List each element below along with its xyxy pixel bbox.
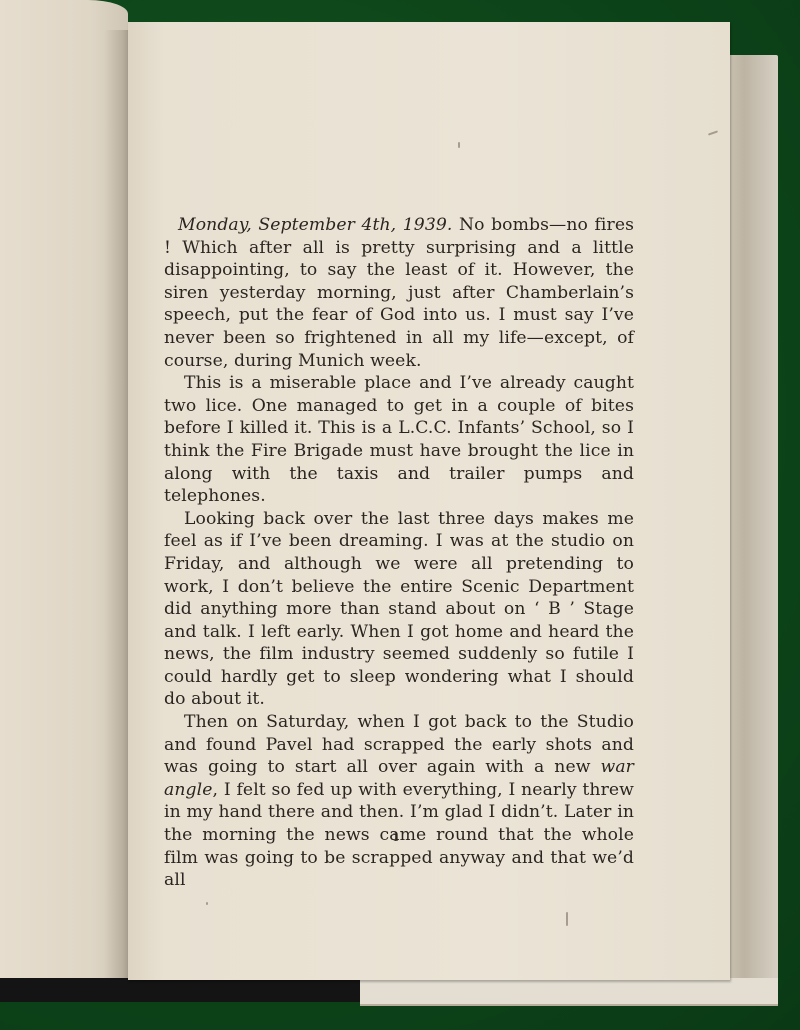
paper-speck xyxy=(708,130,718,135)
right-page: Monday, September 4th, 1939. No bombs—no… xyxy=(128,22,730,980)
paragraph-1: Monday, September 4th, 1939. No bombs—no… xyxy=(164,214,634,372)
paragraph-2: This is a miserable place and I’ve alrea… xyxy=(164,372,634,508)
photo-scene: Monday, September 4th, 1939. No bombs—no… xyxy=(0,0,800,1030)
spine-shadow xyxy=(104,30,130,985)
page-body-text: Monday, September 4th, 1939. No bombs—no… xyxy=(164,214,634,892)
diary-date: Monday, September 4th, 1939. xyxy=(178,215,452,235)
paper-speck xyxy=(566,912,568,926)
paragraph-4: Then on Saturday, when I got back to the… xyxy=(164,711,634,892)
paper-speck xyxy=(458,142,460,148)
paper-speck xyxy=(206,902,208,905)
book-cover-edge xyxy=(722,55,778,1005)
book-cover-bottom-edge xyxy=(360,978,778,1006)
page-number: 1 xyxy=(392,830,400,844)
paragraph-3: Looking back over the last three days ma… xyxy=(164,508,634,711)
book-binding-bottom xyxy=(0,978,365,1002)
